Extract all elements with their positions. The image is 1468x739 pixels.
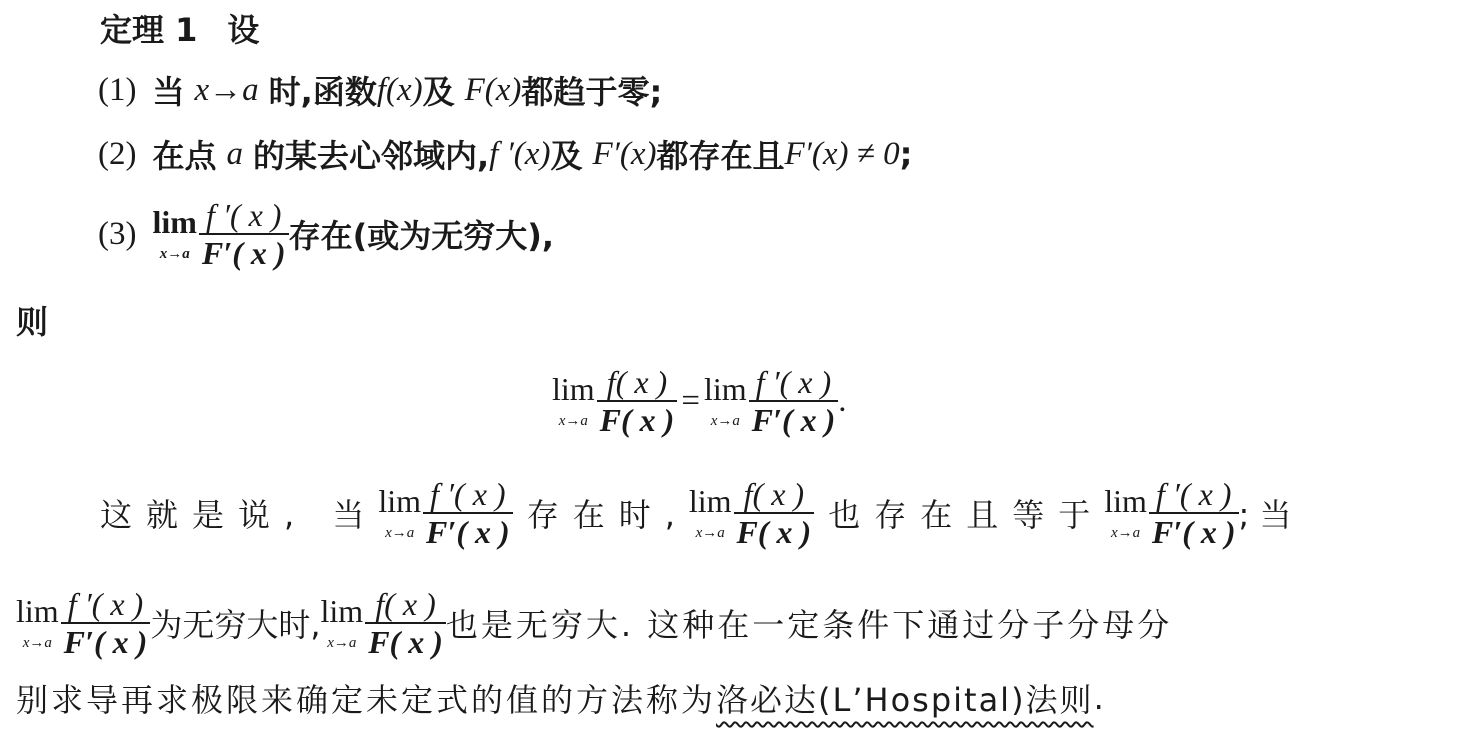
condition-1: (1) 当 x→a 时,函数 f(x) 及 F(x) 都趋于零; (98, 68, 662, 112)
denominator: F′( x ) (199, 235, 289, 271)
explanation-line-2: lim x→a f ′( x ) F′( x ) 为无穷大时, lim x→a … (16, 578, 1172, 668)
text: 也是无穷大. 这种在一定条件下通过分子分母分 (446, 600, 1172, 646)
explanation-line-3: 别求导再求极限来确定未定式的值的方法称为 洛必达(L’Hospital)法则 . (16, 676, 1104, 720)
theorem-title: 定理 1 (100, 5, 197, 51)
limit-operator: lim x→a (152, 206, 196, 262)
lim-subscript: x→a (559, 413, 588, 429)
lim-subscript: x→a (1111, 525, 1140, 541)
text: 都存在且 (656, 131, 784, 177)
fraction: f ′( x ) F′( x ) (423, 476, 513, 550)
limit-operator: lim x→a (689, 485, 732, 541)
text: 这就是说, 当 (100, 490, 378, 536)
fraction: f ′( x ) F′( x ) (61, 586, 151, 660)
text: 都趋于零; (521, 67, 662, 113)
text: 别求导再求极限来确定未定式的值的方法称为 (16, 675, 716, 721)
math-expr: F′(x) (592, 136, 656, 173)
lim-word: lim (689, 485, 732, 517)
explanation-line-1: 这就是说, 当 lim x→a f ′( x ) F′( x ) 存在时, li… (100, 468, 1292, 558)
then-label: 则 (16, 298, 48, 342)
math-expr: a (227, 136, 244, 173)
main-formula: lim x→a f( x ) F( x ) = lim x→a f ′( x )… (552, 356, 847, 446)
denominator: F′( x ) (61, 624, 151, 660)
lim-word: lim (16, 595, 59, 627)
lim-subscript: x→a (696, 525, 725, 541)
fraction: f( x ) F( x ) (597, 364, 678, 438)
numerator: f ′( x ) (203, 197, 284, 233)
limit-expression: lim x→a f ′( x ) F′( x ) (16, 586, 150, 660)
text: 在点 (152, 131, 216, 177)
limit-operator: lim x→a (704, 373, 747, 429)
numerator: f( x ) (741, 476, 807, 512)
text: 也存在且等于 (828, 490, 1104, 536)
text: 则 (16, 297, 48, 343)
fraction: f ′( x ) F′( x ) (1149, 476, 1239, 550)
text: 存在(或为无穷大), (289, 211, 554, 257)
numerator: f ′( x ) (753, 364, 834, 400)
math-expr: f(x) (377, 72, 423, 109)
lim-word: lim (378, 485, 421, 517)
denominator: F( x ) (365, 624, 446, 660)
text: 当 (152, 67, 184, 113)
denominator: F′( x ) (423, 514, 513, 550)
math-expr: x→a (195, 72, 259, 109)
numerator: f( x ) (372, 586, 438, 622)
condition-label: (1) (98, 72, 136, 109)
text: 为无穷大时, (150, 600, 320, 646)
theorem-heading: 定理 1 设 (100, 6, 259, 50)
numerator: f ′( x ) (427, 476, 508, 512)
text: 及 (550, 131, 582, 177)
text: 的某去心邻域内, (253, 131, 489, 177)
text: 及 (423, 67, 455, 113)
limit-operator: lim x→a (552, 373, 595, 429)
math-expr: f ′(x) (489, 136, 550, 173)
limit-expression: lim x→a f( x ) F( x ) (321, 586, 446, 660)
lim-word: lim (152, 206, 196, 238)
condition-label: (3) (98, 216, 136, 253)
period: . (1094, 679, 1104, 717)
limit-expression-rhs: lim x→a f ′( x ) F′( x ) (704, 364, 838, 438)
lim-word: lim (704, 373, 747, 405)
text: ; 当 (1239, 490, 1292, 536)
text: 存在时, (527, 490, 689, 536)
condition-3: (3) lim x→a f ′( x ) F′( x ) 存在(或为无穷大), (98, 192, 554, 276)
period: . (838, 383, 846, 420)
denominator: F′( x ) (1149, 514, 1239, 550)
lim-subscript: x→a (385, 525, 414, 541)
condition-label: (2) (98, 136, 136, 173)
lim-subscript: x→a (23, 635, 52, 651)
equals-sign: = (681, 383, 700, 420)
math-expr: F′(x) ≠ 0 (784, 136, 899, 173)
fraction: f( x ) F( x ) (365, 586, 446, 660)
denominator: F( x ) (734, 514, 815, 550)
lim-subscript: x→a (711, 413, 740, 429)
limit-expression: lim x→a f ′( x ) F′( x ) (152, 197, 288, 271)
limit-operator: lim x→a (321, 595, 364, 651)
lim-word: lim (1104, 485, 1147, 517)
fraction: f( x ) F( x ) (734, 476, 815, 550)
limit-expression: lim x→a f( x ) F( x ) (689, 476, 814, 550)
lim-subscript: x→a (160, 246, 190, 262)
text: 时,函数 (269, 67, 377, 113)
lim-word: lim (321, 595, 364, 627)
limit-expression: lim x→a f ′( x ) F′( x ) (1104, 476, 1238, 550)
numerator: f ′( x ) (1153, 476, 1234, 512)
text: ; (900, 135, 913, 173)
limit-expression: lim x→a f ′( x ) F′( x ) (378, 476, 512, 550)
numerator: f( x ) (604, 364, 670, 400)
limit-expression-lhs: lim x→a f( x ) F( x ) (552, 364, 677, 438)
numerator: f ′( x ) (65, 586, 146, 622)
limit-operator: lim x→a (1104, 485, 1147, 541)
condition-2: (2) 在点 a 的某去心邻域内, f ′(x) 及 F′(x) 都存在且 F′… (98, 132, 912, 176)
limit-operator: lim x→a (16, 595, 59, 651)
limit-operator: lim x→a (378, 485, 421, 541)
lim-word: lim (552, 373, 595, 405)
fraction: f ′( x ) F′( x ) (199, 197, 289, 271)
emphasized-term: 洛必达(L’Hospital)法则 (716, 675, 1094, 721)
lim-subscript: x→a (327, 635, 356, 651)
denominator: F′( x ) (749, 402, 839, 438)
fraction: f ′( x ) F′( x ) (749, 364, 839, 438)
theorem-intro: 设 (227, 5, 259, 51)
math-expr: F(x) (465, 72, 522, 109)
denominator: F( x ) (597, 402, 678, 438)
